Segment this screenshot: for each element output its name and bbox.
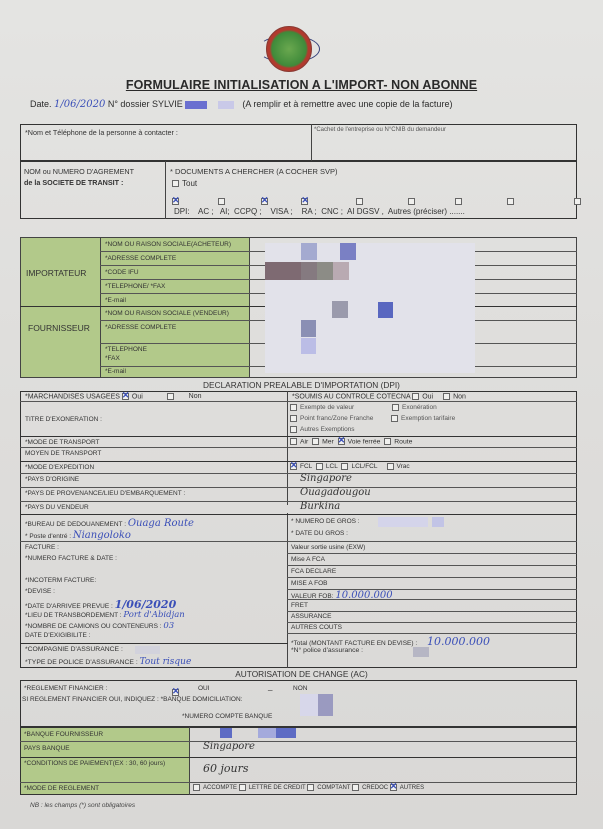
supplier-fax-label: *FAX	[105, 355, 120, 362]
divider	[165, 161, 166, 219]
exoneration-option-4[interactable]: Exemption tarifaire	[391, 415, 455, 422]
bank-country-label: PAYS BANQUE	[24, 745, 70, 752]
divider	[100, 237, 101, 378]
date-label: Date.	[30, 99, 52, 109]
row-line	[20, 447, 577, 448]
redacted-block	[276, 728, 296, 738]
redacted-block	[258, 728, 276, 738]
redacted-pixel	[301, 243, 317, 260]
supplier-bank-label: *BANQUE FOURNISSEUR	[24, 731, 103, 738]
exoneration-option-3[interactable]: Point franc/Zone Franche	[290, 415, 373, 422]
supplier-phone-label: *TELEPHONE	[105, 346, 147, 353]
cotecna-oui-checkbox[interactable]	[412, 393, 419, 400]
importer-ifu-label: *CODE IFU	[105, 269, 139, 276]
customs-office-value[interactable]: Ouaga Route	[128, 518, 194, 529]
divider	[249, 237, 250, 378]
redacted-pixel	[301, 320, 316, 337]
exoneration-option-1[interactable]: Exempte de valeur	[290, 404, 354, 411]
provenance-label: *PAYS DE PROVENANCE/LIEU D'EMBARQUEMENT …	[25, 490, 185, 497]
row-line	[20, 401, 577, 402]
form-title: FORMULAIRE INITIALISATION A L'IMPORT- NO…	[0, 78, 603, 92]
provenance-value[interactable]: Ouagadougou	[300, 487, 371, 498]
value-row-fca: Mise A FCA	[291, 556, 325, 563]
supplier-address-label: *ADRESSE COMPLETE	[105, 324, 176, 331]
wholesale-number-label: * NUMERO DE GROS :	[291, 518, 360, 525]
accompte-checkbox[interactable]	[193, 784, 200, 791]
lettre-credit-checkbox[interactable]	[239, 784, 246, 791]
redacted-block	[318, 694, 333, 716]
containers-label: *NOMBRE DE CAMIONS OU CONTENEURS : 03	[25, 621, 174, 631]
account-label: *NUMERO COMPTE BANQUE	[182, 713, 272, 720]
agency-label-2: de la SOCIETE DE TRANSIT :	[24, 178, 123, 187]
redacted-block	[300, 694, 318, 716]
exoneration-label: TITRE D'EXONERATION :	[25, 416, 102, 423]
dpi-checkbox[interactable]	[172, 198, 179, 205]
shipping-mode-label: *MODE D'EXPEDITION	[25, 464, 94, 471]
agency-label: NOM ou NUMERO D'AGREMENT	[24, 167, 134, 176]
redacted-block	[432, 517, 444, 527]
row-line	[287, 633, 577, 634]
financial-settlement-label: *REGLEMENT FINANCIER :	[24, 685, 107, 692]
importer-name-label: *NOM OU RAISON SOCIALE(ACHETEUR)	[105, 241, 231, 248]
form-page: FORMULAIRE INITIALISATION A L'IMPORT- NO…	[0, 0, 603, 829]
entry-post-value[interactable]: Niangoloko	[73, 530, 131, 541]
visa-checkbox[interactable]	[356, 198, 363, 205]
row-line	[20, 436, 577, 437]
air-checkbox[interactable]	[290, 438, 297, 445]
total-value[interactable]: 10.000.000	[427, 635, 490, 648]
importer-section-label: IMPORTATEUR	[26, 268, 86, 278]
value-row-fob-value: VALEUR FOB: 10.000.000	[291, 590, 393, 601]
redacted-block	[218, 101, 234, 109]
redacted-pixel	[378, 302, 393, 318]
payment-terms-label: *CONDITIONS DE PAIEMENT(EX : 30, 60 jour…	[24, 760, 184, 767]
transport-mode-label: *MODE DE TRANSPORT	[25, 439, 100, 446]
seller-country-value[interactable]: Burkina	[300, 501, 340, 512]
ccpq-checkbox[interactable]	[301, 198, 308, 205]
redacted-block	[378, 517, 428, 527]
stamp-label: *Cachet de l'entreprise ou N°CNIB du dem…	[314, 127, 446, 133]
origin-label: *PAYS D'ORIGINE	[25, 476, 79, 483]
row-line	[20, 782, 577, 783]
row-line	[20, 501, 577, 502]
value-row-fca-declare: FCA DECLARE	[291, 568, 336, 575]
redacted-pixel	[333, 262, 349, 280]
mer-checkbox[interactable]	[312, 438, 319, 445]
insurance-type-label: *TYPE DE POLICE D'ASSURANCE : Tout risqu…	[25, 657, 191, 667]
voie-ferree-checkbox[interactable]	[338, 438, 345, 445]
row-line	[20, 643, 288, 644]
importer-address-label: *ADRESSE COMPLETE	[105, 255, 176, 262]
ra-checkbox[interactable]	[408, 198, 415, 205]
mandatory-fields-note: NB : les champs (*) sont obligatoires	[30, 802, 135, 809]
row-line	[287, 611, 577, 612]
supplier-section-label: FOURNISSEUR	[28, 323, 90, 333]
seller-country-label: *PAYS DU VENDEUR	[25, 504, 89, 511]
if-yes-label: SI REGLEMENT FINANCIER OUI, INDIQUEZ : *…	[22, 696, 242, 703]
shipping-mode-options: FCL LCL LCL/FCL Vrac	[290, 463, 410, 470]
row-line	[287, 553, 577, 554]
redacted-pixel	[332, 301, 348, 318]
policy-number-label: *N° police d'assurance :	[291, 647, 363, 654]
comptant-checkbox[interactable]	[307, 784, 314, 791]
row-line	[20, 514, 577, 515]
redacted-pixel	[281, 262, 301, 280]
lcl-fcl-checkbox[interactable]	[341, 463, 348, 470]
payment-mode-options: ACCOMPTE LETTRE DE CREDIT COMPTANT CREDO…	[193, 784, 424, 791]
settlement-oui-label: OUI	[198, 685, 210, 692]
credoc-checkbox[interactable]	[352, 784, 359, 791]
used-goods-non-checkbox[interactable]	[167, 393, 174, 400]
used-goods-field: *MARCHANDISES USAGEES Oui Non	[25, 393, 201, 400]
redacted-pixel	[301, 262, 317, 280]
redacted-pixel	[340, 243, 356, 260]
row-line	[20, 757, 577, 758]
redacted-block	[135, 646, 160, 654]
settlement-non-label: NON	[293, 685, 307, 692]
containers-value[interactable]: 03	[163, 621, 174, 631]
transport-mode-options: Air Mer Voie ferrée Route	[290, 438, 412, 445]
route-checkbox[interactable]	[384, 438, 391, 445]
supplier-email-label: *E-mail	[105, 368, 126, 375]
row-line	[287, 577, 577, 578]
bank-country-value[interactable]: Singapore	[203, 741, 255, 752]
incoterm-label: *INCOTERM FACTURE:	[25, 577, 96, 584]
insurance-company-label: *COMPAGNIE D'ASSURANCE :	[25, 646, 123, 653]
redacted-pixel	[301, 338, 316, 354]
value-row-freight: FRET	[291, 602, 308, 609]
instruction-text: (A remplir et à remettre avec une copie …	[242, 99, 452, 109]
ai-dgsv-checkbox[interactable]	[507, 198, 514, 205]
redacted-pixel	[317, 262, 333, 280]
contact-label: *Nom et Téléphone de la personne à conta…	[25, 128, 178, 137]
autres-payment-checkbox[interactable]	[390, 784, 397, 791]
origin-value[interactable]: Singapore	[300, 473, 352, 484]
divider	[311, 124, 312, 161]
all-checkbox[interactable]	[172, 180, 179, 187]
cotecna-field: *SOUMIS AU CONTROLE COTECNA Oui Non	[292, 393, 466, 400]
row-line	[20, 473, 577, 474]
exoneration-option-5[interactable]: Autres Exemptions	[290, 426, 355, 433]
autres-checkbox[interactable]	[574, 198, 581, 205]
dossier-label: N° dossier SYLVIE	[108, 99, 183, 109]
invoice-number-label: *NUMERO FACTURE & DATE :	[25, 555, 117, 562]
cotecna-non-checkbox[interactable]	[443, 393, 450, 400]
all-documents-option[interactable]: Tout	[172, 179, 197, 188]
supplier-name-label: *NOM OU RAISON SOCIALE (VENDEUR)	[105, 310, 229, 317]
ai-checkbox[interactable]	[261, 198, 268, 205]
doc-labels: DPI: AC ; AI; CCPQ ; VISA ; RA ; CNC ; A…	[174, 207, 465, 216]
date-value[interactable]: 1/06/2020	[54, 99, 105, 110]
fob-value[interactable]: 10.000.000	[335, 590, 392, 601]
customs-office-label: *BUREAU DE DEDOUANEMENT : Ouaga Route	[25, 518, 194, 529]
currency-label: *DEVISE :	[25, 588, 55, 595]
value-row-exw: Valeur sortie usine (EXW)	[291, 544, 365, 551]
payment-terms-value[interactable]: 60 jours	[203, 762, 249, 775]
payment-mode-label: *MODE DE REGLEMENT	[24, 785, 99, 792]
wholesale-date-label: * DATE DU GROS :	[291, 530, 348, 537]
documents-title: * DOCUMENTS A CHERCHER (A COCHER SVP)	[170, 167, 338, 176]
redacted-pixel	[265, 262, 281, 280]
redacted-block	[413, 647, 429, 657]
value-row-insurance: ASSURANCE	[291, 613, 331, 620]
lcl-checkbox[interactable]	[316, 463, 323, 470]
importer-email-label: *E-mail	[105, 297, 126, 304]
transshipment-value[interactable]: Port d'Abidjan	[123, 610, 184, 620]
dpi-section-title: DECLARATION PREALABLE D'IMPORTATION (DPI…	[0, 380, 603, 390]
fcl-checkbox[interactable]	[290, 463, 297, 470]
insurance-type-value[interactable]: Tout risque	[140, 657, 192, 667]
redacted-block	[185, 101, 207, 109]
logo-emblem	[266, 26, 312, 72]
exoneration-option-2[interactable]: Exonération	[392, 404, 437, 411]
row-line	[287, 565, 577, 566]
settlement-non-blank[interactable]: _	[268, 682, 272, 691]
row-line	[20, 741, 577, 742]
transport-means-label: MOYEN DE TRANSPORT	[25, 450, 101, 457]
entry-post-label: * Poste d'entré : Niangoloko	[25, 530, 131, 541]
cnc-checkbox[interactable]	[455, 198, 462, 205]
due-date-label: DATE D'EXIGIBILITE :	[25, 632, 90, 639]
transshipment-label: *LIEU DE TRANSBORDEMENT : Port d'Abidjan	[25, 610, 185, 620]
date-line: Date. 1/06/2020 N° dossier SYLVIE (A rem…	[30, 99, 452, 110]
redacted-block	[220, 728, 232, 738]
row-line	[20, 487, 577, 488]
divider	[287, 513, 288, 668]
vrac-checkbox[interactable]	[387, 463, 394, 470]
value-row-other-costs: AUTRES COUTS	[291, 624, 342, 631]
row-line	[20, 541, 577, 542]
used-goods-oui-checkbox[interactable]	[122, 393, 129, 400]
ac-section-title: AUTORISATION DE CHANGE (AC)	[0, 669, 603, 679]
row-line	[20, 461, 577, 462]
row-line	[287, 622, 577, 623]
value-row-fob: MISE A FOB	[291, 580, 327, 587]
invoice-label: FACTURE :	[25, 544, 59, 551]
ac-checkbox[interactable]	[218, 198, 225, 205]
divider	[189, 727, 190, 795]
importer-phone-label: *TELEPHONE/ *FAX	[105, 283, 165, 290]
